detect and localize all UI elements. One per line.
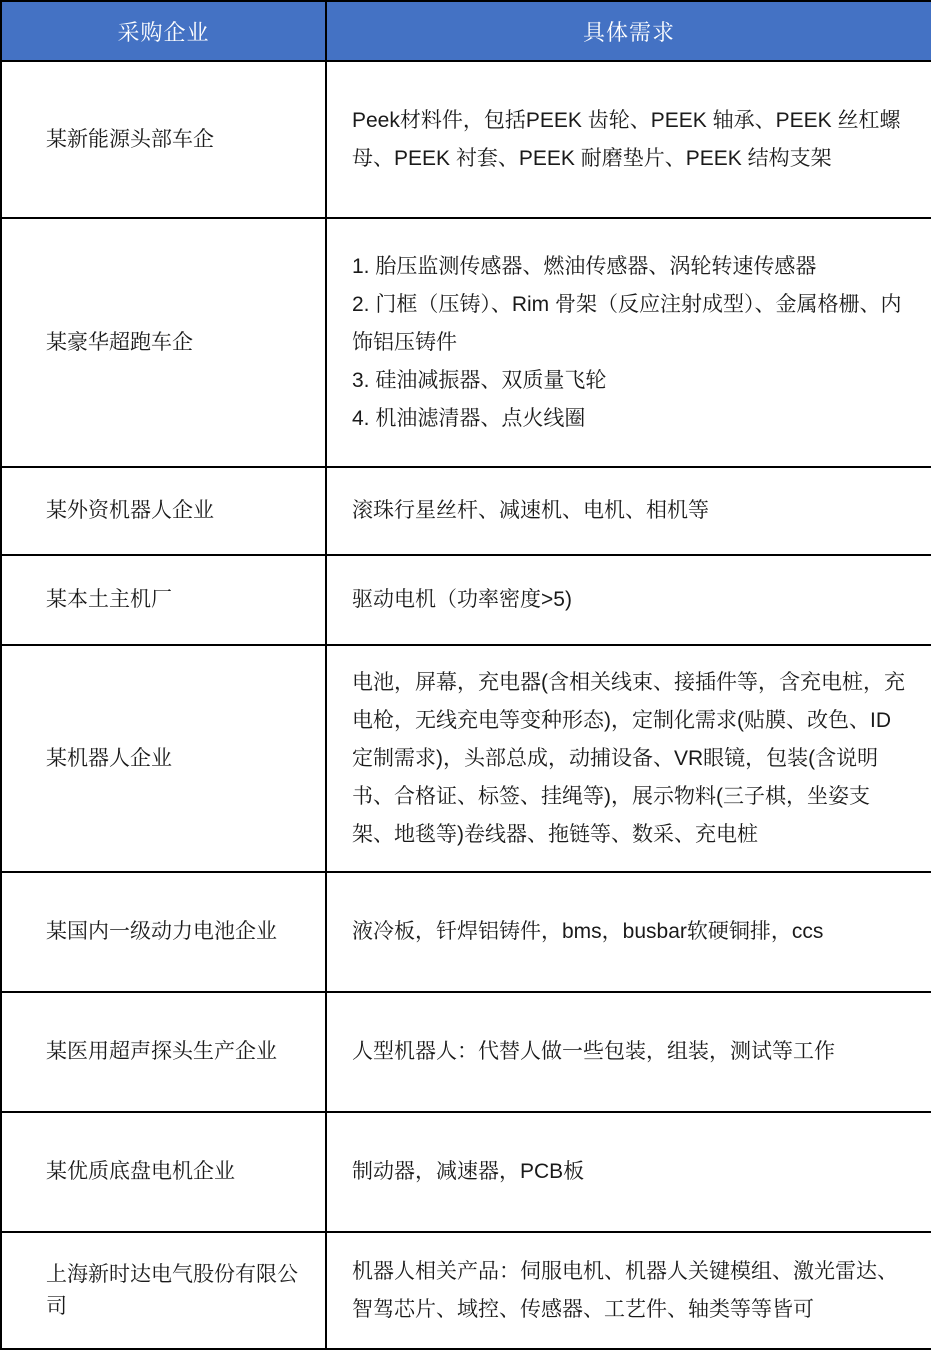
requirement-cell: 1. 胎压监测传感器、燃油传感器、涡轮转速传感器 2. 门框（压铸）、Rim 骨… — [326, 218, 931, 467]
column-header-company: 采购企业 — [1, 1, 326, 61]
company-cell: 某医用超声探头生产企业 — [1, 992, 326, 1112]
requirement-cell: 机器人相关产品：伺服电机、机器人关键模组、激光雷达、智驾芯片、域控、传感器、工艺… — [326, 1232, 931, 1349]
table-row: 某机器人企业电池，屏幕，充电器(含相关线束、接插件等，含充电桩，充电枪，无线充电… — [1, 645, 931, 872]
company-cell: 某优质底盘电机企业 — [1, 1112, 326, 1232]
requirement-cell: 驱动电机（功率密度>5) — [326, 555, 931, 645]
company-cell: 某本土主机厂 — [1, 555, 326, 645]
column-header-requirement: 具体需求 — [326, 1, 931, 61]
table-row: 上海新时达电气股份有限公司机器人相关产品：伺服电机、机器人关键模组、激光雷达、智… — [1, 1232, 931, 1349]
requirement-cell: 人型机器人：代替人做一些包装，组装，测试等工作 — [326, 992, 931, 1112]
table-row: 某优质底盘电机企业制动器，减速器，PCB板 — [1, 1112, 931, 1232]
table-header: 采购企业 具体需求 — [1, 1, 931, 61]
table-row: 某新能源头部车企Peek材料件，包括PEEK 齿轮、PEEK 轴承、PEEK 丝… — [1, 61, 931, 218]
requirement-cell: 制动器，减速器，PCB板 — [326, 1112, 931, 1232]
table-row: 某本土主机厂驱动电机（功率密度>5) — [1, 555, 931, 645]
table-row: 某外资机器人企业滚珠行星丝杆、减速机、电机、相机等 — [1, 467, 931, 555]
procurement-table: 采购企业 具体需求 某新能源头部车企Peek材料件，包括PEEK 齿轮、PEEK… — [0, 0, 931, 1350]
company-cell: 某外资机器人企业 — [1, 467, 326, 555]
company-cell: 某新能源头部车企 — [1, 61, 326, 218]
page: 采购企业 具体需求 某新能源头部车企Peek材料件，包括PEEK 齿轮、PEEK… — [0, 0, 931, 1355]
table-row: 某医用超声探头生产企业人型机器人：代替人做一些包装，组装，测试等工作 — [1, 992, 931, 1112]
table-row: 某国内一级动力电池企业液冷板，钎焊铝铸件，bms，busbar软硬铜排，ccs — [1, 872, 931, 992]
requirement-cell: 液冷板，钎焊铝铸件，bms，busbar软硬铜排，ccs — [326, 872, 931, 992]
requirement-cell: 电池，屏幕，充电器(含相关线束、接插件等，含充电桩，充电枪，无线充电等变种形态)… — [326, 645, 931, 872]
requirement-cell: 滚珠行星丝杆、减速机、电机、相机等 — [326, 467, 931, 555]
company-cell: 某豪华超跑车企 — [1, 218, 326, 467]
company-cell: 某机器人企业 — [1, 645, 326, 872]
requirement-cell: Peek材料件，包括PEEK 齿轮、PEEK 轴承、PEEK 丝杠螺母、PEEK… — [326, 61, 931, 218]
table-row: 某豪华超跑车企1. 胎压监测传感器、燃油传感器、涡轮转速传感器 2. 门框（压铸… — [1, 218, 931, 467]
table-body: 某新能源头部车企Peek材料件，包括PEEK 齿轮、PEEK 轴承、PEEK 丝… — [1, 61, 931, 1349]
company-cell: 上海新时达电气股份有限公司 — [1, 1232, 326, 1349]
company-cell: 某国内一级动力电池企业 — [1, 872, 326, 992]
header-row: 采购企业 具体需求 — [1, 1, 931, 61]
